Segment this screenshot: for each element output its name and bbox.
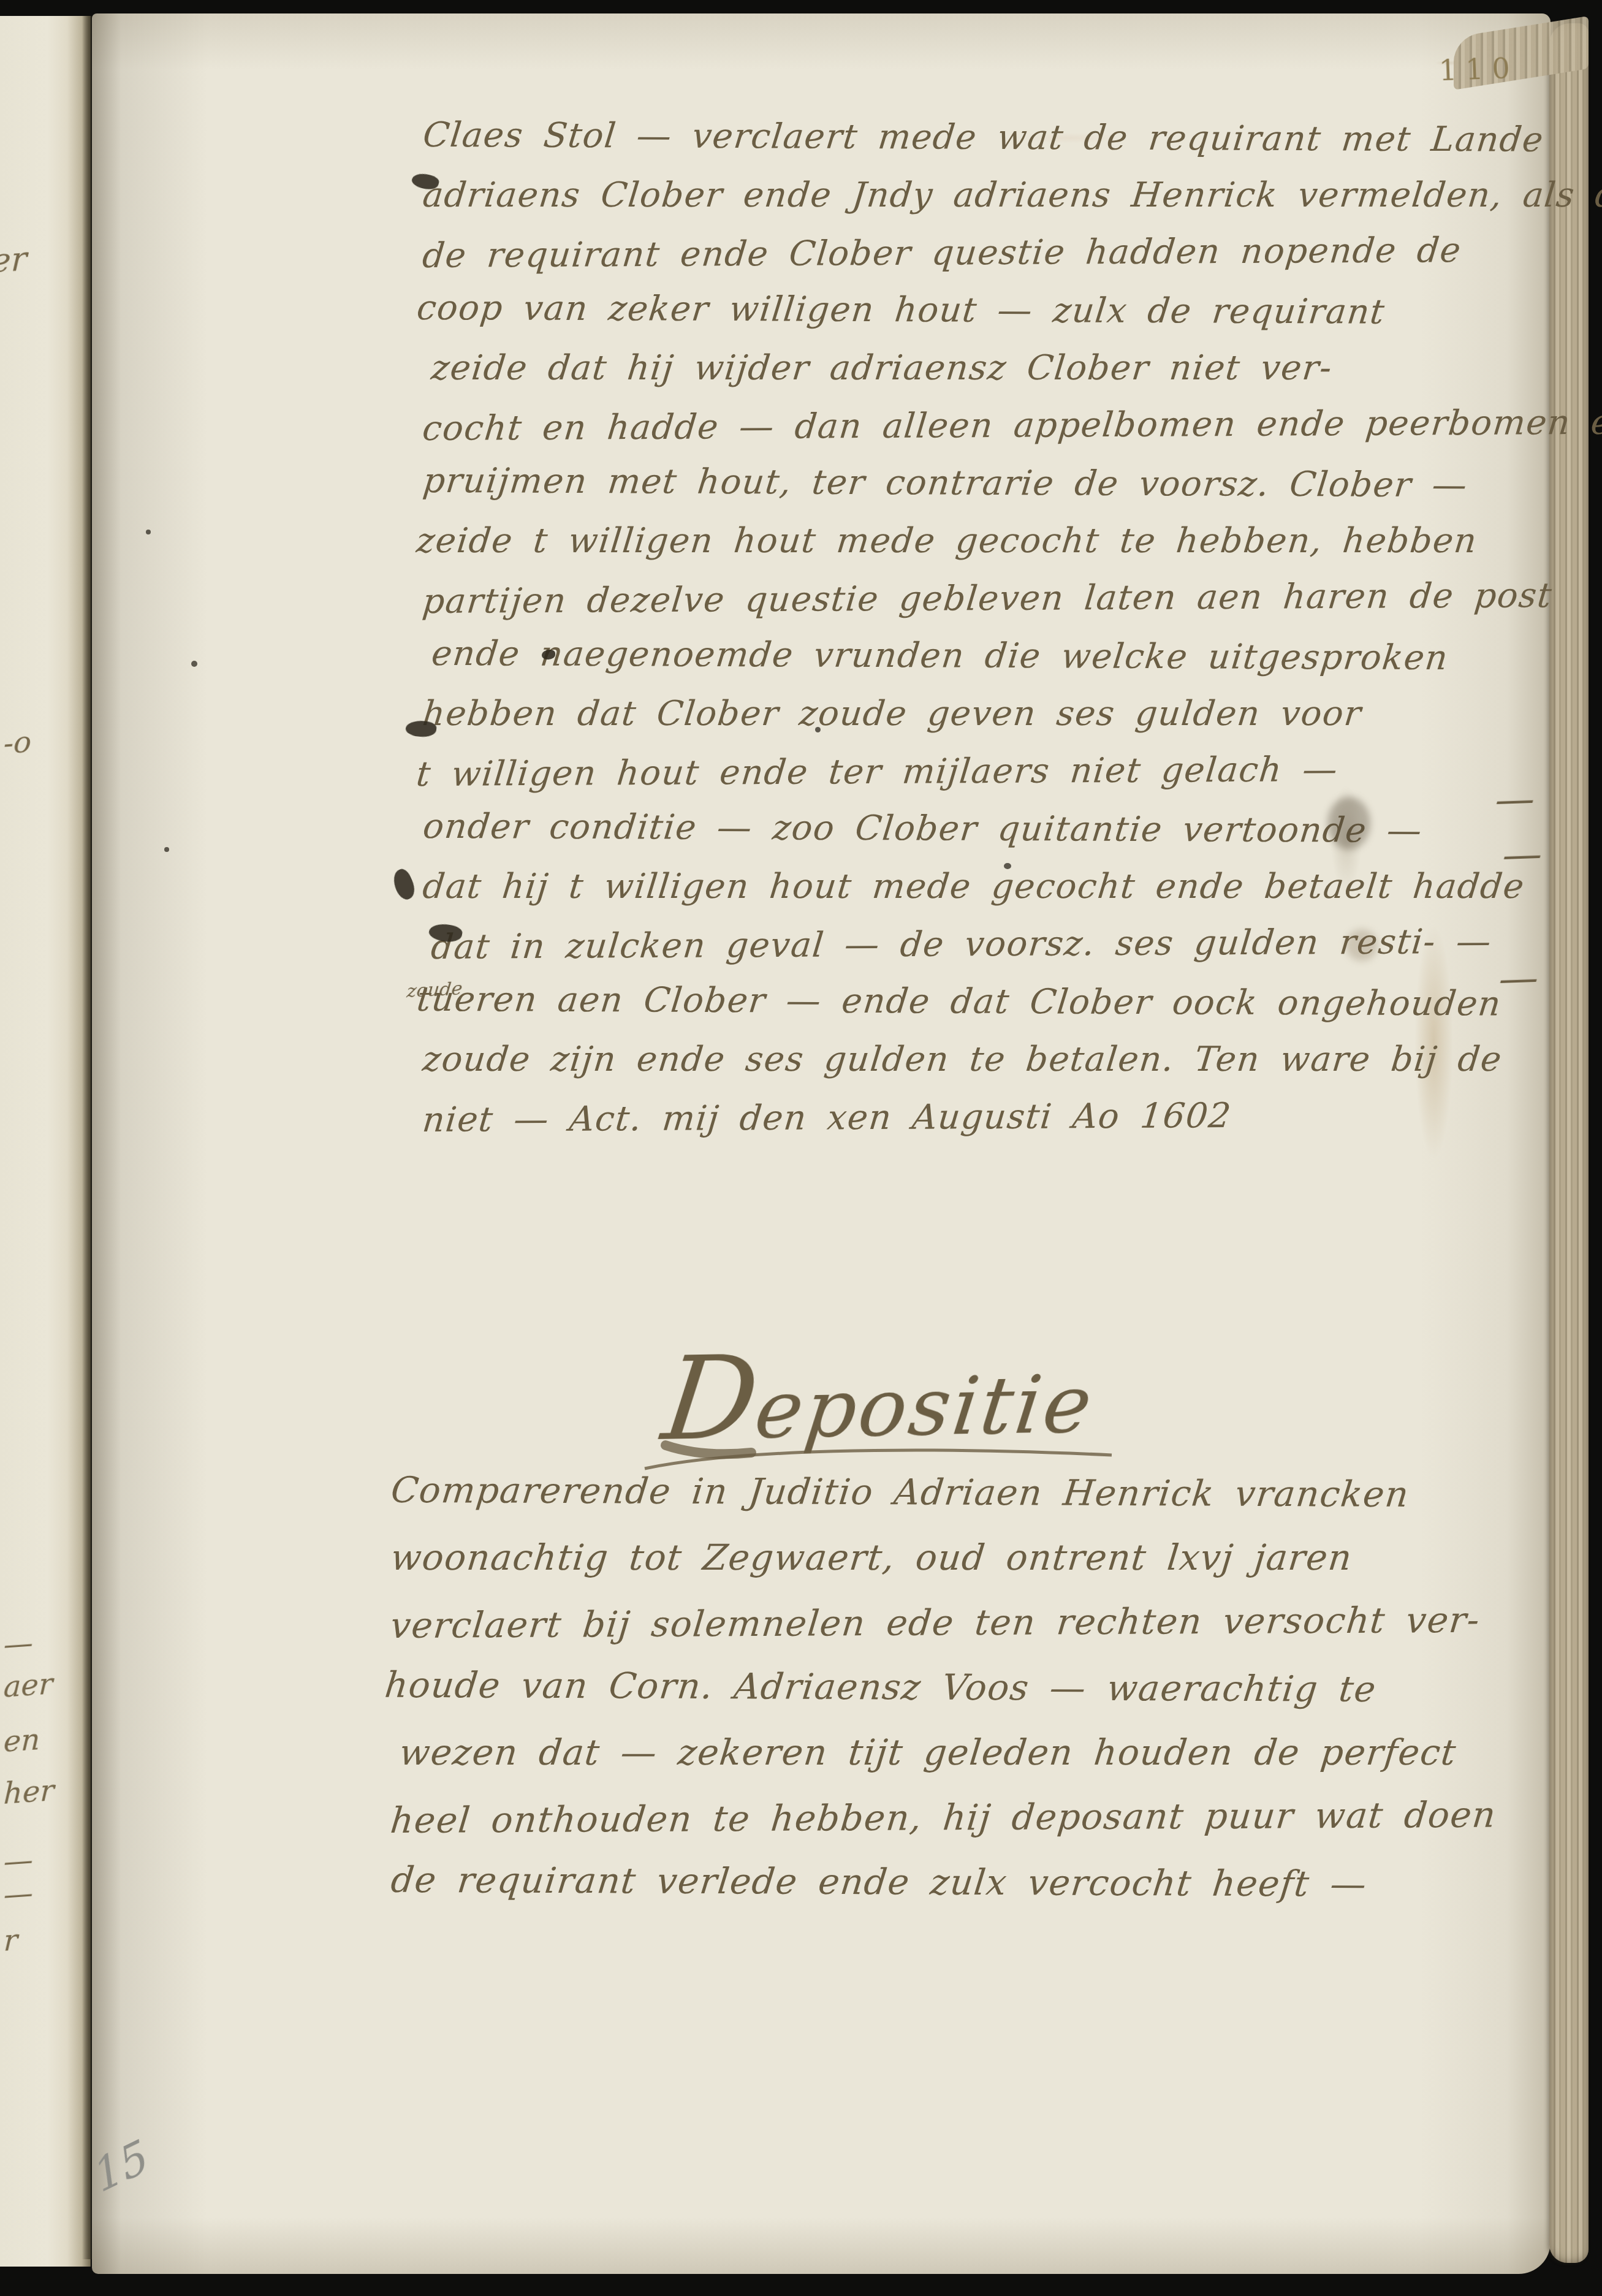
folio-number: 110 (1438, 51, 1519, 87)
handwritten-paragraph-1: Claes Stol — verclaert mede wat de requi… (423, 109, 1575, 1146)
ink-speck (164, 847, 169, 852)
manuscript-scan: er -o — aer en her — — r 110 Claes Stol … (0, 0, 1602, 2296)
handwriting-line: coop van zeker willigen hout — zulx de r… (414, 279, 1577, 342)
interlinear-insertion: zoude (406, 978, 463, 1003)
facing-page-fragment: er (0, 239, 28, 280)
handwriting-line: t willigen hout ende ter mijlaers niet g… (414, 740, 1578, 804)
facing-page-fragment: en (3, 1722, 41, 1759)
handwriting-line: Comparerende in Juditio Adriaen Henrick … (388, 1458, 1577, 1527)
ink-speck (1004, 863, 1011, 869)
handwriting-line: ende naegenoemde vrunden die welcke uitg… (428, 625, 1577, 688)
handwriting-line: cocht en hadde — dan alleen appelbomen e… (420, 394, 1578, 458)
facing-page-fragment: — (3, 1842, 34, 1879)
handwriting-line: zeide t willigen hout mede gecocht te he… (414, 512, 1578, 570)
handwriting-line: zeide dat hij wijder adriaensz Clober ni… (428, 340, 1578, 397)
handwriting-line: Claes Stol — verclaert mede wat de requi… (420, 107, 1577, 169)
handwriting-line: de requirant verlede ende zulx vercocht … (388, 1847, 1577, 1917)
flourish-dash: — (1497, 956, 1539, 1002)
handwritten-paragraph-2: Comparerende in Juditio Adriaen Henrick … (391, 1460, 1574, 1915)
handwriting-line: partijen dezelve questie gebleven laten … (420, 567, 1578, 631)
handwriting-line: tueren aen Clober — ende dat Clober oock… (414, 971, 1577, 1033)
handwriting-line: hebben dat Clober zoude geven ses gulden… (420, 685, 1578, 743)
facing-page-fragment: -o (3, 724, 32, 761)
flourish-dash: — (1501, 832, 1543, 878)
ink-speck (815, 727, 821, 732)
handwriting-line: dat in zulcken geval — de voorsz. ses gu… (428, 913, 1578, 976)
handwriting-line: houde van Corn. Adriaensz Voos — waerach… (382, 1652, 1577, 1722)
handwriting-line: pruijmen met hout, ter contrarie de voor… (420, 452, 1577, 515)
facing-page-fragment: aer (3, 1667, 53, 1704)
handwriting-line: adriaens Clober ende Jndy adriaens Henri… (420, 167, 1578, 224)
facing-page-fragment: r (3, 1923, 18, 1958)
handwriting-line: de requirant ende Clober questie hadden … (420, 221, 1578, 285)
facing-page-fragment: — (3, 1876, 34, 1912)
facing-page-sliver: er -o — aer en her — — r (0, 16, 91, 2267)
flourish-dash: — (1494, 777, 1536, 823)
handwriting-line: heel onthouden te hebben, hij deposant p… (387, 1782, 1577, 1853)
handwriting-line: dat hij t willigen hout mede gecocht end… (420, 858, 1578, 916)
facing-page-fragment: her (3, 1773, 55, 1811)
handwriting-line: zoude zijn ende ses gulden te betalen. T… (420, 1031, 1578, 1089)
handwriting-line: wezen dat — zekeren tijt geleden houden … (396, 1720, 1577, 1785)
ink-speck (191, 661, 197, 667)
ink-speck (146, 530, 151, 534)
handwriting-line: verclaert bij solemnelen ede ten rechten… (387, 1587, 1577, 1658)
handwriting-line: woonachtig tot Zegwaert, oud ontrent lxv… (387, 1525, 1577, 1590)
handwriting-line: onder conditie — zoo Clober quitantie ve… (420, 798, 1577, 861)
ink-smudge (1346, 929, 1378, 961)
handwriting-line: niet — Act. mij den xen Augusti Ao 1602 (420, 1085, 1578, 1149)
ink-smudge (1327, 797, 1370, 850)
facing-page-fragment: — (3, 1625, 34, 1662)
